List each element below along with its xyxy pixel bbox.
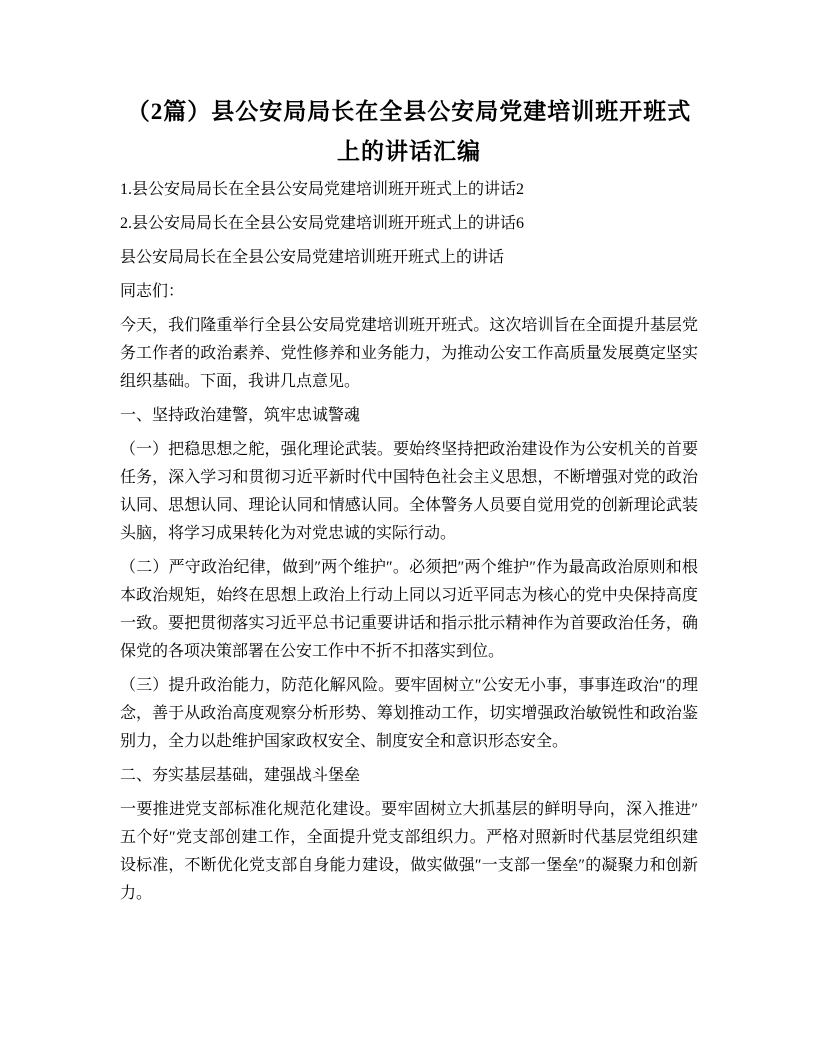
section-1-paragraph-3: （三）提升政治能力，防范化解风险。要牢固树立″公安无小事，事事连政治″的理念，善…	[120, 672, 698, 756]
section-1-paragraph-2: （二）严守政治纪律，做到″两个维护″。必须把″两个维护″作为最高政治原则和根本政…	[120, 554, 698, 666]
section-2-paragraph-1: 一要推进党支部标准化规范化建设。要牢固树立大抓基层的鲜明导向，深入推进″五个好″…	[120, 796, 698, 908]
intro-paragraph: 今天，我们隆重举行全县公安局党建培训班开班式。这次培训旨在全面提升基层党务工作者…	[120, 312, 698, 396]
salutation: 同志们：	[120, 278, 698, 306]
section-1-heading: 一、坚持政治建警，筑牢忠诚警魂	[120, 402, 698, 430]
section-2-heading: 二、夯实基层基础，建强战斗堡垒	[120, 762, 698, 790]
document-title: （2篇）县公安局局长在全县公安局党建培训班开班式上的讲话汇编	[120, 92, 698, 172]
document-page: （2篇）县公安局局长在全县公安局党建培训班开班式上的讲话汇编 1.县公安局局长在…	[0, 0, 816, 1056]
document-subtitle: 县公安局局长在全县公安局党建培训班开班式上的讲话	[120, 244, 698, 272]
toc-item-1: 1.县公安局局长在全县公安局党建培训班开班式上的讲话2	[120, 176, 698, 204]
toc-item-2: 2.县公安局局长在全县公安局党建培训班开班式上的讲话6	[120, 210, 698, 238]
section-1-paragraph-1: （一）把稳思想之舵，强化理论武装。要始终坚持把政治建设作为公安机关的首要任务，深…	[120, 436, 698, 548]
